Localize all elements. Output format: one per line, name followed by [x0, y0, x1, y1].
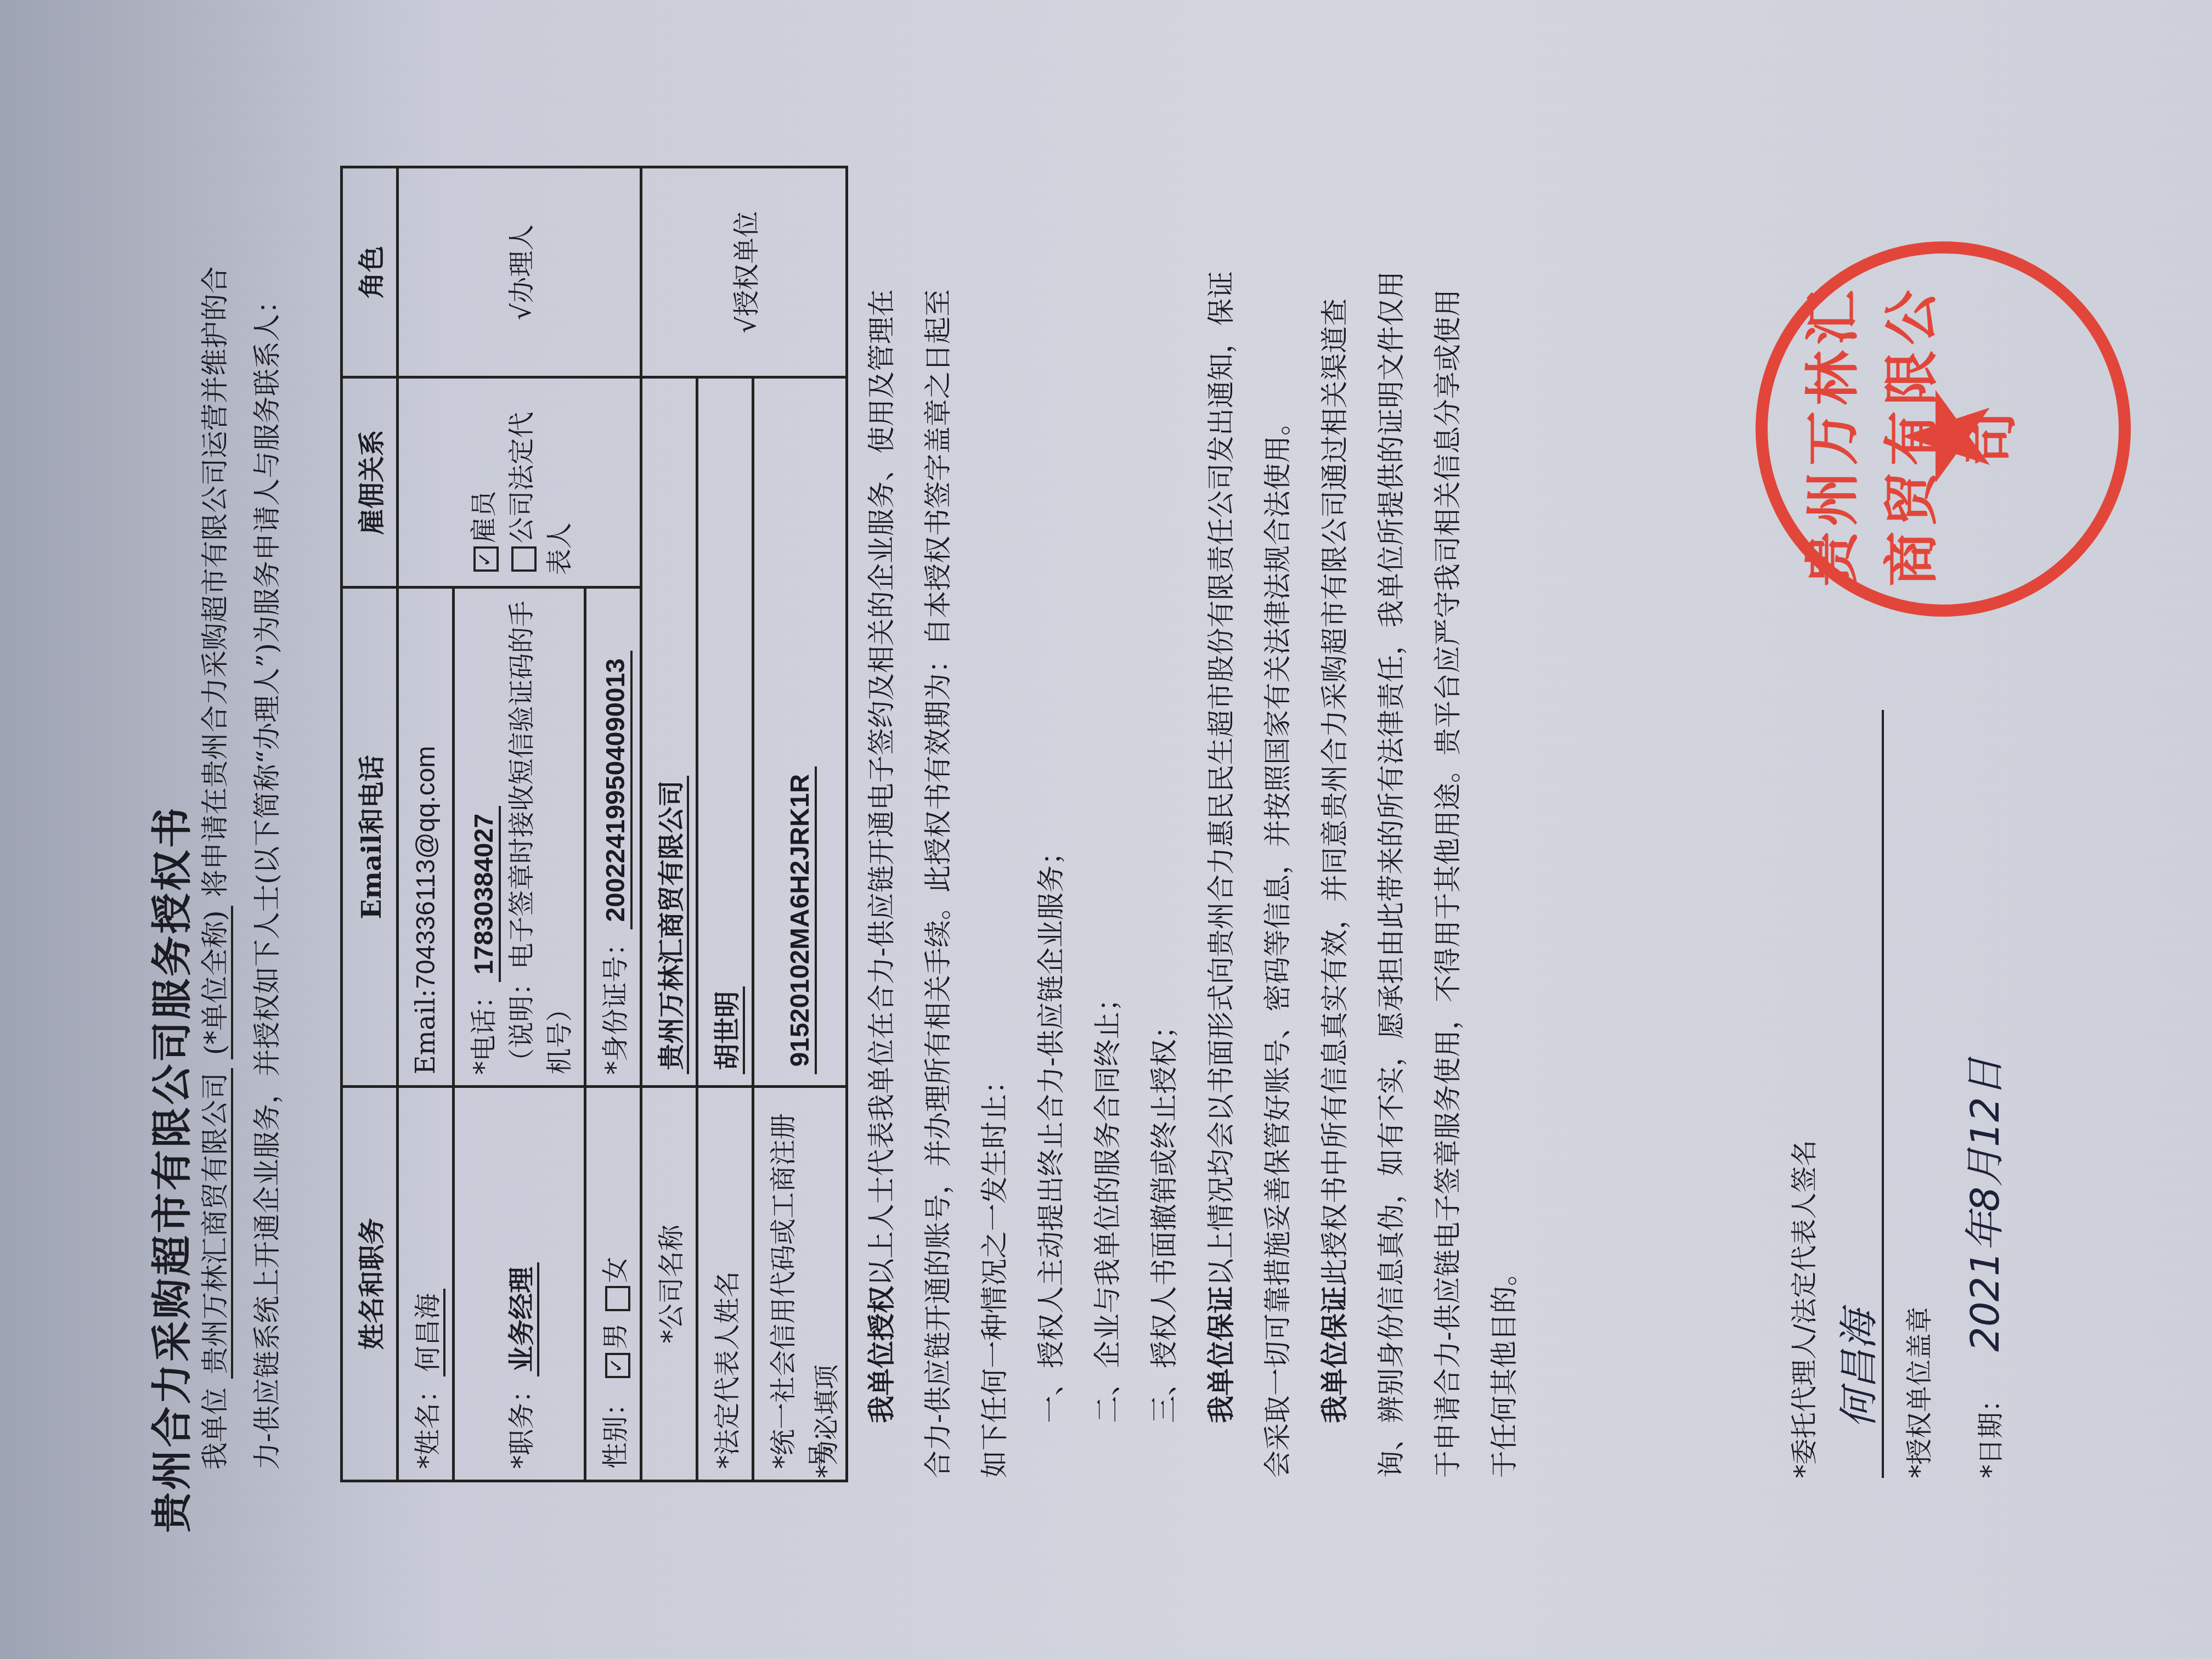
guarantee-paragraph-2: 我单位保证此授权书中所有信息真实有效，并同意贵州合力采购超市有限公司通过相关渠道…: [1306, 271, 1533, 1478]
company-hint: (*单位全称): [199, 906, 233, 1059]
title-cell: *职务：业务经理: [454, 1087, 585, 1481]
checkbox-checked-icon[interactable]: ✓: [605, 1353, 630, 1378]
id-value: 200224199504090013: [601, 651, 633, 930]
table-row: *姓名：何昌海 Email:704336113@qq.com ✓雇员 公司法定代…: [398, 167, 454, 1481]
termination-item-1: 一、授权人主动提出终止合力-供应链企业服务；: [1023, 271, 1080, 1478]
required-note: *为必填项: [806, 1364, 843, 1478]
checkbox-checked-icon: ✓: [473, 546, 499, 572]
employment-option-legal-rep[interactable]: 公司法定代表人: [500, 390, 576, 575]
employment-cell: ✓雇员 公司法定代表人: [398, 377, 641, 588]
checkbox-empty-icon: [511, 546, 537, 572]
credit-code-value: 91520102MA6H2JRK1R: [786, 766, 817, 1075]
intro-paragraph: 我单位 贵州万林汇商贸有限公司 (*单位全称) 将申请在贵州合力采购超市有限公司…: [189, 263, 294, 1470]
header-role: 角色: [342, 167, 398, 377]
company-label: *公司名称: [641, 1087, 697, 1481]
termination-item-2: 二、企业与我单位的服务合同终止；: [1080, 271, 1136, 1478]
employment-option-employee[interactable]: ✓雇员: [462, 390, 500, 575]
table-row: *公司名称 贵州万林汇商贸有限公司 √授权单位: [641, 167, 697, 1481]
authorization-paragraph: 我单位授权以上人士代表我单位在合力-供应链开通电子签约及相关的企业服务、使用及管…: [853, 271, 1023, 1478]
email-value: 704336113@qq.com: [411, 746, 441, 989]
agent-signature: 何昌海: [1827, 1310, 1884, 1429]
credit-code-cell: 91520102MA6H2JRK1R: [753, 377, 847, 1087]
name-cell: *姓名：何昌海: [398, 1087, 454, 1481]
gender-cell: 性别： ✓男 女: [585, 1087, 641, 1481]
id-cell: *身份证号：200224199504090013: [585, 588, 641, 1087]
header-email-phone: Email和电话: [342, 588, 398, 1087]
agent-signature-label: *委托代理人/法定代表人签名: [1783, 1140, 1821, 1478]
applicant-info-table: 姓名和职务 Email和电话 雇佣关系 角色 *姓名：何昌海 Email:704…: [340, 166, 848, 1482]
guarantee-paragraph-1: 我单位保证以上情况均会以书面形式向贵州合力惠民民生超市股份有限责任公司发出通知，…: [1193, 271, 1306, 1478]
email-cell: Email:704336113@qq.com: [398, 588, 454, 1087]
termination-item-3: 三、授权人书面撤销或终止授权；: [1136, 271, 1193, 1478]
header-employment: 雇佣关系: [342, 377, 398, 588]
table-header-row: 姓名和职务 Email和电话 雇佣关系 角色: [342, 167, 398, 1481]
intro-prefix: 我单位: [199, 1387, 231, 1470]
company-value: 贵州万林汇商贸有限公司: [656, 776, 689, 1074]
authorization-letter-page: 贵州合力采购超市有限公司服务授权书 我单位 贵州万林汇商贸有限公司 (*单位全称…: [0, 0, 2212, 1659]
phone-cell: *电话：17830384027 （说明：电子签章时接收短信验证码的手机号）: [454, 588, 585, 1087]
applicant-company: 贵州万林汇商贸有限公司: [199, 1068, 233, 1379]
signature-line: [1882, 710, 1884, 1478]
phone-note: （说明：电子签章时接收短信验证码的手机号）: [500, 600, 576, 1074]
role-unit: √授权单位: [641, 167, 847, 377]
company-cell: 贵州万林汇商贸有限公司: [641, 377, 697, 1087]
date-label: *日期：: [1970, 1386, 2007, 1478]
phone-value: 17830384027: [470, 806, 501, 983]
title-value: 业务经理: [506, 1262, 539, 1376]
legal-rep-label: *法定代表人姓名: [697, 1087, 753, 1481]
legal-rep-cell: 胡世明: [697, 377, 753, 1087]
name-value: 何昌海: [413, 1289, 445, 1376]
authorization-body: 我单位授权以上人士代表我单位在合力-供应链开通电子签约及相关的企业服务、使用及管…: [853, 271, 1533, 1478]
header-name-title: 姓名和职务: [342, 1087, 398, 1481]
checkbox-empty-icon[interactable]: [605, 1286, 630, 1311]
seal-star-icon: ★: [1887, 382, 2008, 490]
seal-label: *授权单位盖章: [1898, 1307, 1936, 1478]
date-value: 2021年8月12日: [1953, 1057, 2010, 1352]
role-person: √办理人: [398, 167, 641, 377]
legal-rep-value: 胡世明: [712, 986, 745, 1074]
